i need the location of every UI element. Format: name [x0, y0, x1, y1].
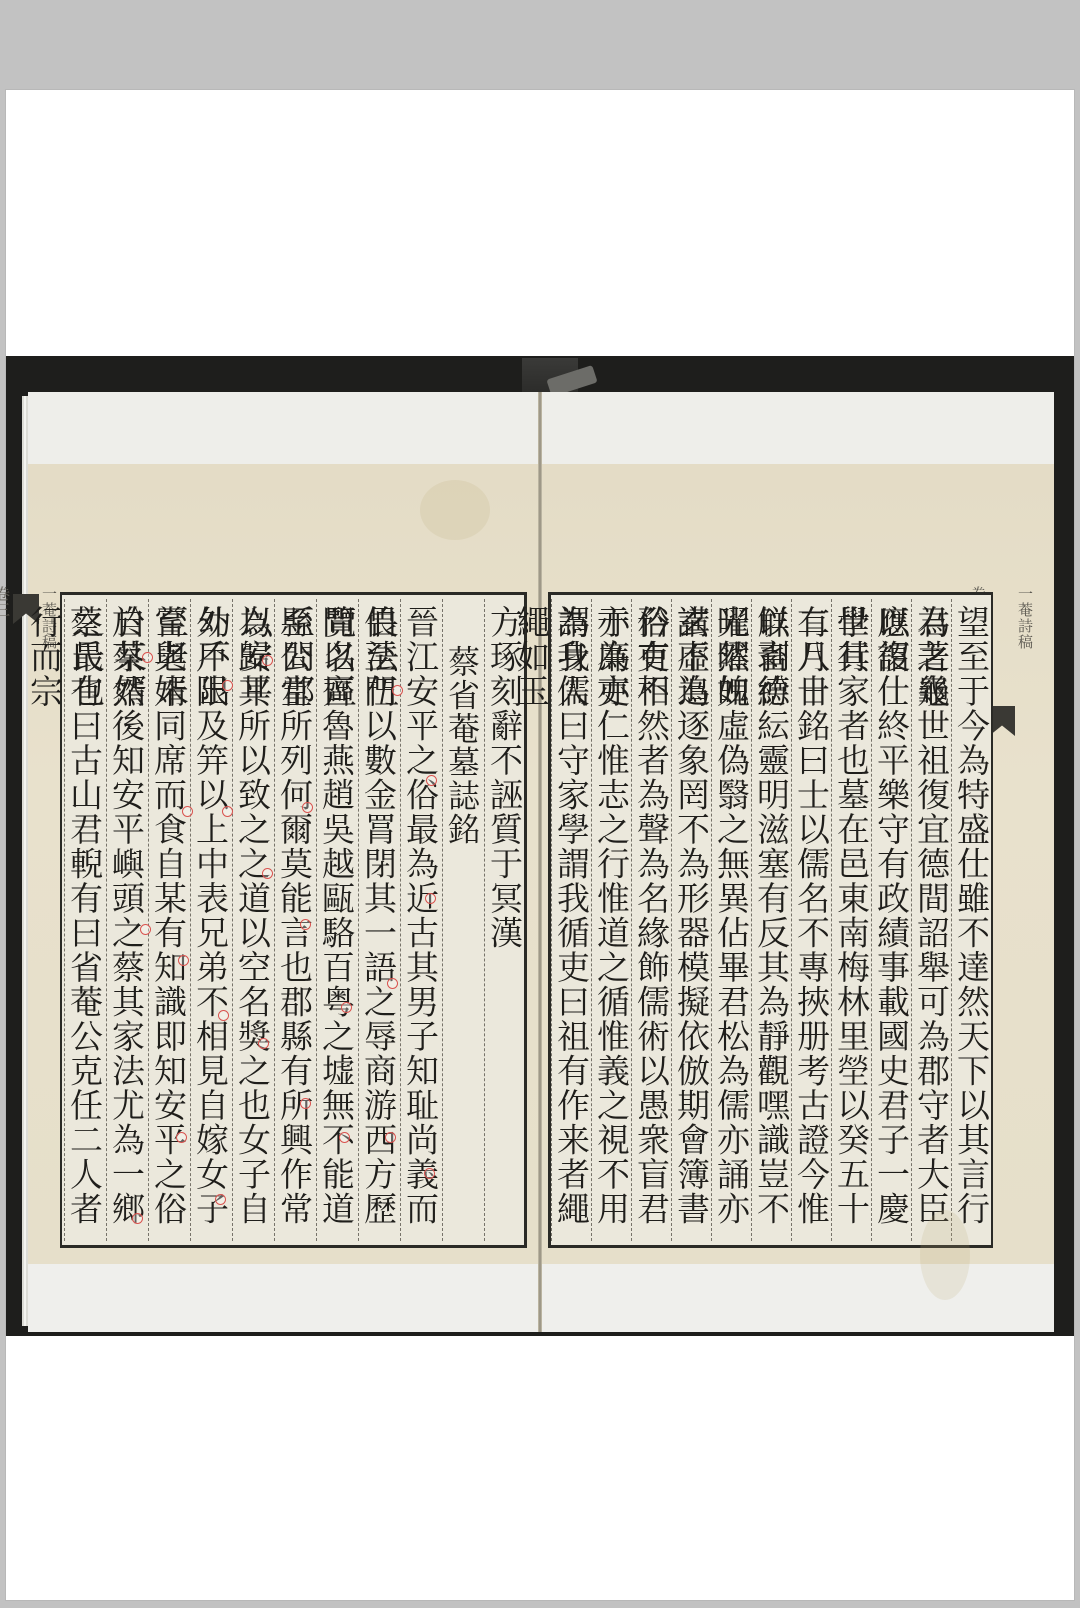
red-punctuation-mark: [262, 868, 273, 879]
right-banxin: 一菴詩稿 卷三 一: [1006, 586, 1036, 1246]
red-punctuation-mark: [132, 1213, 143, 1224]
red-punctuation-mark: [387, 978, 398, 989]
red-punctuation-mark: [142, 652, 153, 663]
banxin-juan: 卷三: [0, 586, 13, 1246]
paper-bottom-margin: [540, 1264, 1054, 1332]
red-punctuation-mark: [339, 1132, 350, 1143]
red-punctuation-mark: [424, 1168, 435, 1179]
red-punctuation-mark: [258, 1038, 269, 1049]
text-column: 有八日銘曰士以儒名不專挾册考古證今惟以畜德: [791, 599, 831, 1241]
red-punctuation-mark: [222, 806, 233, 817]
red-punctuation-mark: [215, 1194, 226, 1205]
red-punctuation-mark: [341, 1002, 352, 1013]
text-column: 矜有不然者為聲為名緣飾儒術以愚衆盲君于為吏: [631, 599, 671, 1241]
right-text-frame: 望至于今為特盛仕雖不達然天下以其言行為著龜 君之幾世祖復宜德間詔舉可為郡守者大臣…: [548, 592, 993, 1248]
text-column: 世其家者也墓在邑東南梅林里塋以癸五十二月十: [831, 599, 871, 1241]
left-text-frame: 方琢刻辭不誣質于冥漢 蔡省菴墓誌銘 晉江安平之俗最為近古其男子知耻尚義而畏法伍 …: [60, 592, 527, 1248]
text-column: 君之幾世祖復宜德間詔舉可為郡守者大臣以復: [911, 599, 951, 1241]
red-punctuation-mark: [182, 806, 193, 817]
text-column: 為歸其所以致之之道以空名獎之也女子自幼不出: [232, 599, 272, 1241]
text-column: 玄虛追逐象罔不為形器模擬依倣期會簿書俗吏相: [671, 599, 711, 1241]
section-title: 蔡省菴墓誌銘: [442, 599, 482, 1241]
banxin-title: 一菴詩稿: [1015, 586, 1036, 1246]
paper-stain: [420, 480, 490, 540]
paper-top-margin: [540, 392, 1054, 464]
text-column: 伯至門以數金罥閉其一語之辱商游西方歷覽名區: [358, 599, 398, 1241]
paper-stain: [920, 1210, 970, 1300]
red-punctuation-mark: [385, 1132, 396, 1143]
text-column: 謂我儒曰守家學謂我循吏曰祖有作来者繩繩如玉: [551, 599, 591, 1241]
text-column: 於蔡然後知安平嶼頭之蔡其家法尤為一鄉之最也: [106, 599, 146, 1241]
paper-bottom-margin: [28, 1264, 542, 1332]
text-column: 嘗與婿同席而食自某有知識即知安平之俗自某婿: [148, 599, 188, 1241]
text-column: 應詔仕終平樂守有政績事載國史君子一慶學行: [871, 599, 911, 1241]
text-column: 問以齊魯燕趙吳越甌駱百粤之墟無不能道至問郡: [316, 599, 356, 1241]
red-punctuation-mark: [262, 655, 273, 666]
red-punctuation-mark: [176, 1132, 187, 1143]
red-punctuation-mark: [426, 775, 437, 786]
red-punctuation-mark: [222, 680, 233, 691]
text-column: 觧剥紛紜靈明滋塞有反其為靜觀嘿識豈不曜然如: [751, 599, 791, 1241]
text-column: 望至于今為特盛仕雖不達然天下以其言行為著龜: [951, 599, 991, 1241]
red-punctuation-mark: [392, 685, 403, 696]
book-gutter: [538, 392, 542, 1332]
text-column: 亦廉亦仁惟志之行惟道之循惟義之視不用為身人: [591, 599, 631, 1241]
red-punctuation-mark: [425, 893, 436, 904]
red-punctuation-mark: [302, 802, 313, 813]
paper-top-margin: [28, 392, 542, 464]
text-column: 蔡氏有曰古山君輗有曰省菴公克任二人者行而宗: [64, 599, 104, 1241]
red-punctuation-mark: [218, 1010, 229, 1021]
text-column: 光曜魄虛偽翳之無異佔畢君松為儒亦誦亦講不為: [711, 599, 751, 1241]
red-punctuation-mark: [140, 924, 151, 935]
text-column: 外戶限及笄以上中表兄弟不相見自嫁女子至老未: [190, 599, 230, 1241]
red-punctuation-mark: [300, 919, 311, 930]
text-column: 晉江安平之俗最為近古其男子知耻尚義而畏法伍: [400, 599, 440, 1241]
red-punctuation-mark: [178, 955, 189, 966]
red-punctuation-mark: [300, 1098, 311, 1109]
